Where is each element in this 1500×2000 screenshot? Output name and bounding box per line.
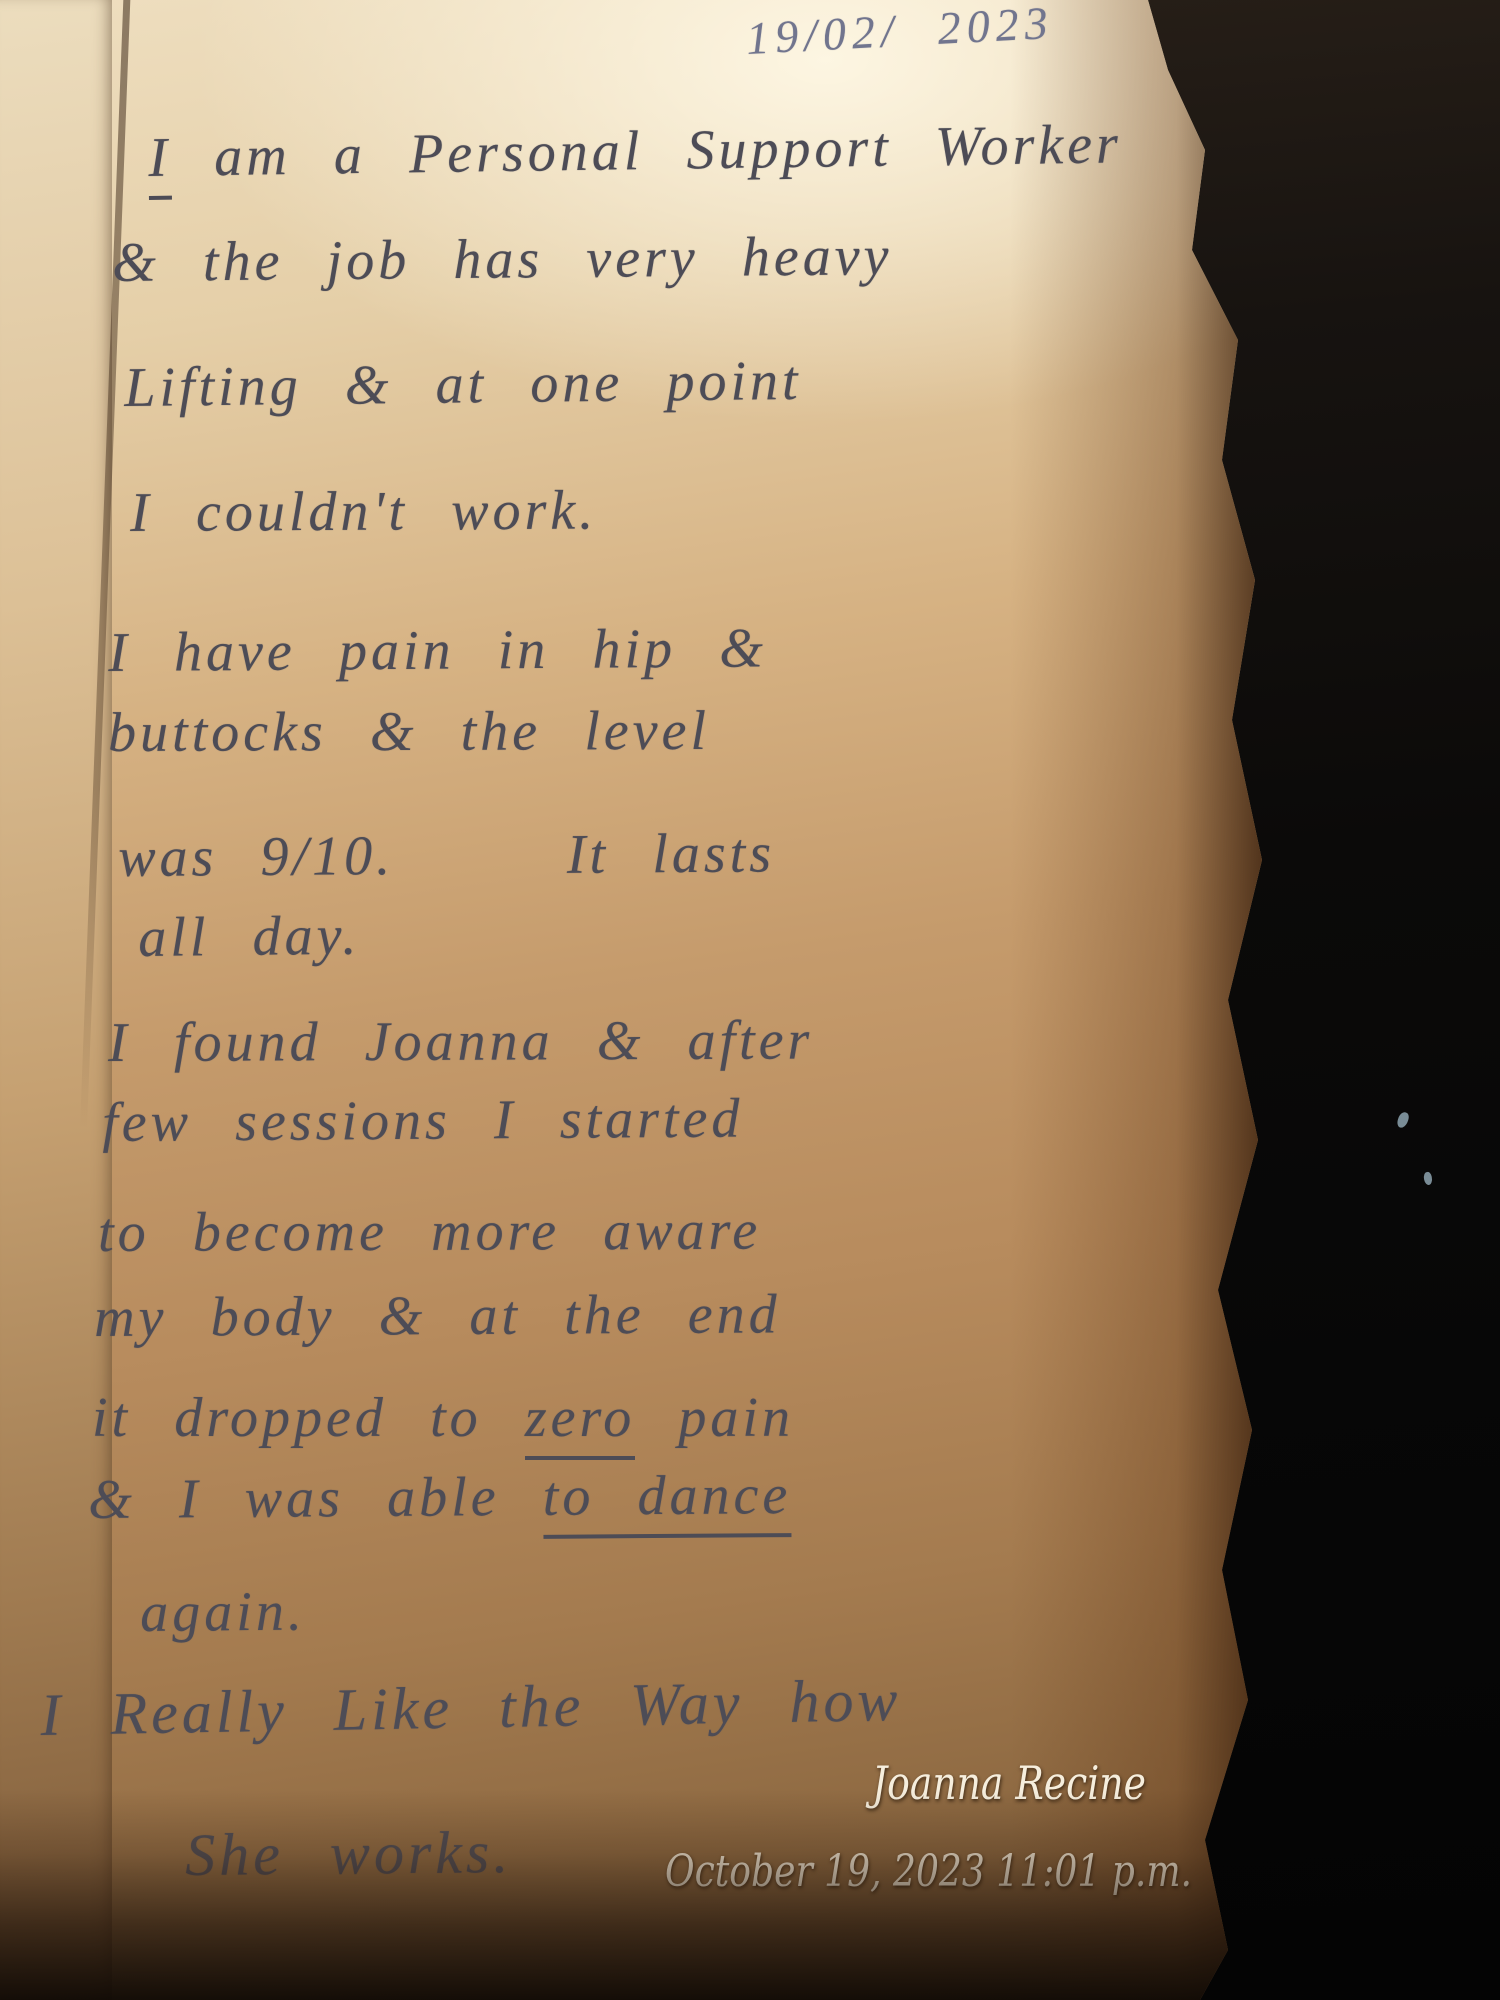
handwriting-line: I couldn't work. (130, 483, 597, 541)
notebook-photo: 19/02/ 2023 I am a Personal Support Work… (0, 0, 1500, 2000)
light-glint (1396, 1111, 1410, 1129)
handwriting-line: my body & at the end (94, 1286, 781, 1346)
handwriting-line: to become more aware (98, 1203, 761, 1261)
bottom-shadow (0, 1790, 1500, 2000)
notebook-page: 19/02/ 2023 I am a Personal Support Work… (0, 0, 1500, 2000)
handwriting-line: & I was able to dance (88, 1467, 791, 1528)
light-glint (1423, 1171, 1434, 1185)
handwriting-line: again. (140, 1584, 306, 1641)
handwriting-line: I am a Personal Support Worker (148, 116, 1122, 186)
handwriting-line: buttocks & the level (108, 703, 710, 761)
handwriting-line: it dropped to zero pain (92, 1390, 794, 1446)
handwriting-segment: pain (635, 1387, 794, 1449)
handwriting-line: I have pain in hip & (108, 620, 767, 681)
handwriting-line: Lifting & at one point (124, 353, 802, 416)
torn-page-edge (1010, 0, 1330, 2000)
underlined-word: I (148, 127, 172, 200)
handwriting-segment: & I was able (88, 1466, 543, 1531)
handwriting-segment: it dropped to (92, 1387, 525, 1449)
handwriting-line: few sessions I started (102, 1091, 744, 1151)
underlined-word-zero: zero (525, 1387, 635, 1460)
handwriting-line: & the job has very heavy (112, 228, 893, 291)
handwriting-segment: am a Personal Support Worker (171, 113, 1123, 188)
underlined-words-to-dance: to dance (543, 1464, 792, 1539)
handwriting-line: I found Joanna & after (108, 1013, 813, 1071)
handwriting-line: I Really Like the Way how (40, 1670, 902, 1745)
handwriting-line: all day. (138, 908, 361, 966)
handwritten-date: 19/02/ 2023 (745, 0, 1055, 62)
handwriting-line: was 9/10. It lasts (118, 825, 775, 886)
